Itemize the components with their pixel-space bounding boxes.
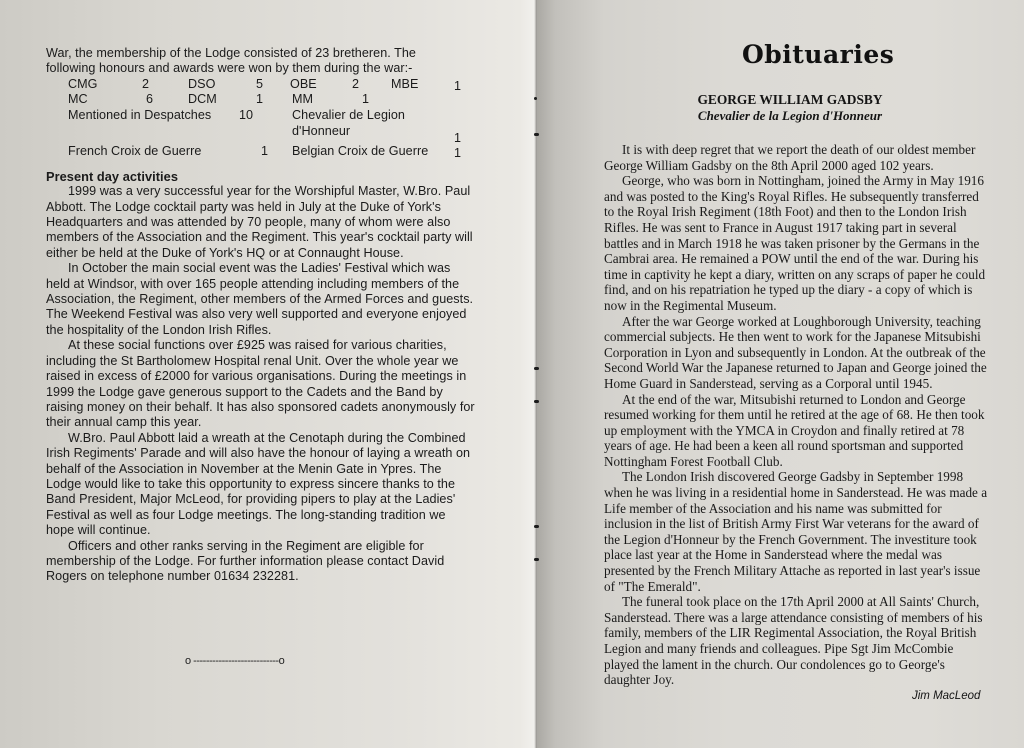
- award-count: 1: [362, 92, 369, 107]
- paragraph: George, who was born in Nottingham, join…: [604, 173, 988, 313]
- award-count: 1: [454, 146, 461, 161]
- paragraph: In October the main social event was the…: [46, 261, 476, 338]
- paragraph: At the end of the war, Mitsubishi return…: [604, 392, 988, 470]
- obituary-subtitle: Chevalier de la Legion d'Honneur: [600, 108, 980, 124]
- intro-line-2: following honours and awards were won by…: [46, 61, 476, 76]
- section-heading: Present day activities: [46, 169, 476, 184]
- paragraph: It is with deep regret that we report th…: [604, 142, 988, 173]
- award-count: 1: [256, 92, 263, 107]
- award-count: 1: [454, 131, 461, 146]
- section-divider: o ---------------------------o: [185, 655, 335, 667]
- staple-mid: [534, 525, 539, 528]
- award-count: 5: [256, 77, 263, 92]
- award-name: Mentioned in Despatches: [68, 108, 211, 123]
- paragraph: After the war George worked at Loughboro…: [604, 314, 988, 392]
- award-count: 6: [146, 92, 153, 107]
- obituary-name: GEORGE WILLIAM GADSBY: [600, 92, 980, 108]
- paragraph: W.Bro. Paul Abbott laid a wreath at the …: [46, 431, 476, 539]
- staple-bottom-b: [534, 400, 539, 403]
- book-spine: [534, 0, 537, 748]
- staple-low: [534, 558, 539, 561]
- paragraph: At these social functions over £925 was …: [46, 338, 476, 430]
- staple-top-b: [534, 133, 539, 136]
- award-name: OBE: [290, 77, 317, 92]
- paragraph: Officers and other ranks serving in the …: [46, 539, 476, 585]
- paragraph: 1999 was a very successful year for the …: [46, 184, 476, 261]
- page-title: Obituaries: [742, 40, 894, 69]
- award-name: French Croix de Guerre: [68, 144, 201, 159]
- paragraph: The funeral took place on the 17th April…: [604, 594, 988, 688]
- award-name: Belgian Croix de Guerre: [292, 144, 428, 159]
- paragraph: The London Irish discovered George Gadsb…: [604, 469, 988, 594]
- awards-table: CMG 2 DSO 5 OBE 2 MBE 1 MC 6 DCM 1 MM 1 …: [46, 77, 476, 161]
- award-count: 2: [142, 77, 149, 92]
- award-name-cont: d'Honneur: [292, 124, 350, 139]
- award-count: 1: [454, 79, 461, 94]
- left-page-text: War, the membership of the Lodge consist…: [46, 46, 476, 585]
- staple-top-a: [534, 97, 537, 100]
- award-count: 10: [239, 108, 253, 123]
- award-name: DSO: [188, 77, 215, 92]
- award-name: DCM: [188, 92, 217, 107]
- award-name: MBE: [391, 77, 418, 92]
- obituary-body: It is with deep regret that we report th…: [604, 142, 988, 688]
- award-name: Chevalier de Legion: [292, 108, 405, 123]
- staple-bottom-a: [534, 367, 539, 370]
- award-name: CMG: [68, 77, 98, 92]
- award-name: MM: [292, 92, 313, 107]
- award-count: 1: [261, 144, 268, 159]
- award-count: 2: [352, 77, 359, 92]
- award-name: MC: [68, 92, 88, 107]
- intro-line-1: War, the membership of the Lodge consist…: [46, 46, 476, 61]
- author-signature: Jim MacLeod: [912, 690, 980, 702]
